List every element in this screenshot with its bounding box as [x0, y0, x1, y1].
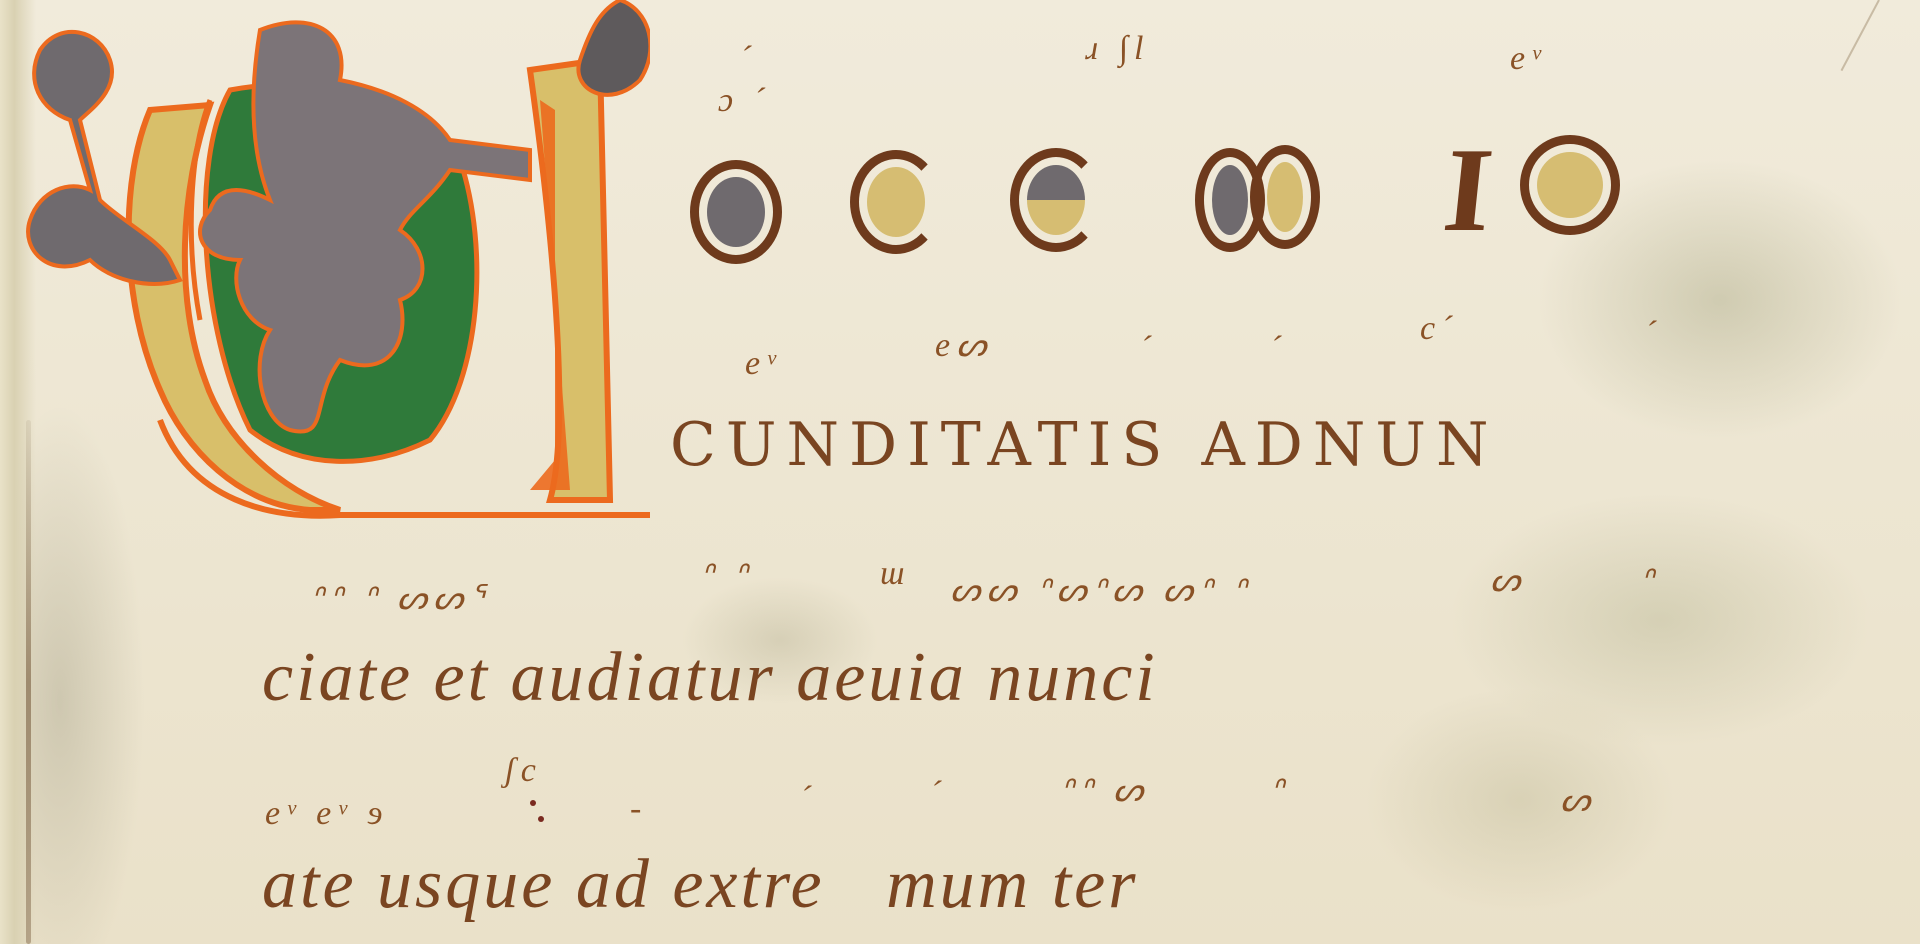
neume-dot [530, 800, 536, 806]
neume: ᐢ ᐢ [700, 555, 753, 595]
neume: ɹ ∫l [1085, 30, 1150, 68]
text-line-3: ciate et audiatur aeuia nunci [262, 638, 1158, 718]
neume: ´ [1270, 330, 1287, 368]
display-letter-e [1010, 148, 1102, 252]
illuminated-initial-v [10, 0, 650, 520]
neume: ´ [1140, 330, 1157, 368]
text-line-4: ate usque ad extre mum ter [262, 845, 1139, 925]
initial-v-illumination [10, 0, 650, 520]
neume: ᐢᐢ ᔕ [1060, 770, 1149, 810]
neume: ᔕ [1490, 560, 1526, 600]
neume-dot [538, 816, 544, 822]
neume: ´ [740, 40, 757, 78]
neume: ᔕ [1560, 780, 1596, 820]
neume: ʃc [505, 752, 542, 790]
display-letter-i: I [1439, 130, 1498, 250]
neume: eᵛ [1510, 40, 1547, 78]
display-letter-c [850, 150, 942, 254]
manuscript-page: ´ ɔ ´ ɹ ∫l eᵛ I eᵛ eᔕ ´ ´ c´ ´ CUNDITATI… [0, 0, 1920, 944]
neume: ɯ [880, 555, 911, 593]
neume: c´ [1420, 310, 1458, 348]
text-line-2: CUNDITATIS ADNUN [670, 410, 1498, 480]
display-letter-o [690, 160, 782, 264]
neume: ´ [930, 775, 947, 813]
neume: ´ [800, 780, 817, 818]
neume: ´ [1645, 315, 1662, 353]
neume: eᵛ eᵛ ɘ [265, 795, 388, 833]
display-letter-o-2 [1520, 135, 1620, 235]
neume: - [630, 790, 647, 828]
neume: ᔕᔕ ᐢᔕᐢᔕ ᔕᐢ ᐢ [950, 570, 1252, 610]
neume: eᵛ [745, 345, 782, 383]
neume: eᔕ [935, 325, 992, 365]
neume: ᐢ [1270, 770, 1289, 810]
display-letter-m-right [1250, 145, 1320, 249]
neume: ɔ ´ [718, 82, 771, 120]
neume: ᐢᐢ ᐢ ᔕᔕᕐ [310, 578, 490, 618]
parchment-crease [1841, 0, 1880, 71]
neume: ᐢ [1640, 560, 1659, 600]
